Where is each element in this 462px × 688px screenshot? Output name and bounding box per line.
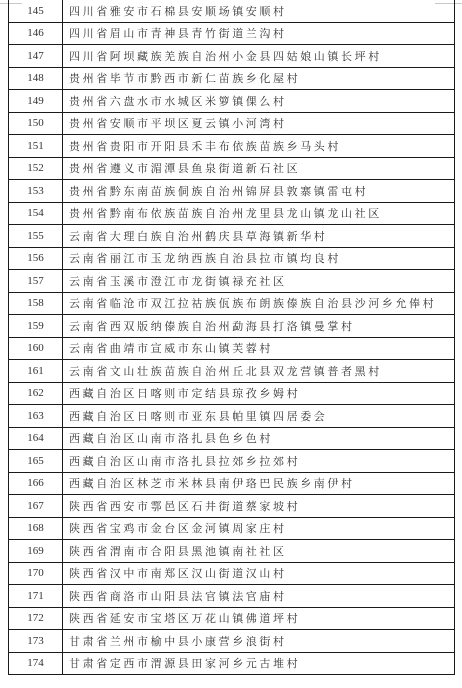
row-number-cell: 154 (9, 202, 63, 225)
village-name-cell: 四川省雅安市石棉县安顺场镇安顺村 (63, 0, 455, 22)
row-number-cell: 158 (9, 292, 63, 315)
village-name-cell: 四川省阿坝藏族羌族自治州小金县四姑娘山镇长坪村 (63, 45, 455, 68)
table-row: 174 甘肃省定西市渭源县田家河乡元古堆村 (9, 652, 455, 675)
table-row: 170 陕西省汉中市南郑区汉山街道汉山村 (9, 562, 455, 585)
row-number-cell: 145 (9, 0, 63, 22)
row-number-cell: 170 (9, 562, 63, 585)
table-row: 164 西藏自治区山南市洛扎县色乡色村 (9, 427, 455, 450)
table-row: 151 贵州省贵阳市开阳县禾丰布依族苗族乡马头村 (9, 135, 455, 158)
village-name-cell: 贵州省六盘水市水城区米箩镇倮么村 (63, 90, 455, 113)
row-number-cell: 149 (9, 90, 63, 113)
village-name-cell: 陕西省商洛市山阳县法官镇法官庙村 (63, 585, 455, 608)
row-number-cell: 157 (9, 270, 63, 293)
table-row: 157 云南省玉溪市澄江市龙街镇禄充社区 (9, 270, 455, 293)
row-number-cell: 152 (9, 157, 63, 180)
village-name-cell: 贵州省遵义市湄潭县鱼泉街道新石社区 (63, 157, 455, 180)
village-name-cell: 云南省大理白族自治州鹤庆县草海镇新华村 (63, 225, 455, 248)
village-name-cell: 陕西省汉中市南郑区汉山街道汉山村 (63, 562, 455, 585)
row-number-cell: 171 (9, 585, 63, 608)
village-name-cell: 云南省曲靖市宣威市东山镇芙蓉村 (63, 337, 455, 360)
village-name-cell: 四川省眉山市青神县青竹街道兰沟村 (63, 22, 455, 45)
village-name-cell: 甘肃省定西市渭源县田家河乡元古堆村 (63, 652, 455, 675)
row-number-cell: 164 (9, 427, 63, 450)
table-row: 161 云南省文山壮族苗族自治州丘北县双龙营镇普者黑村 (9, 360, 455, 383)
row-number-cell: 151 (9, 135, 63, 158)
table-row: 155 云南省大理白族自治州鹤庆县草海镇新华村 (9, 225, 455, 248)
table-row: 156 云南省丽江市玉龙纳西族自治县拉市镇均良村 (9, 247, 455, 270)
row-number-cell: 165 (9, 450, 63, 473)
village-name-cell: 云南省玉溪市澄江市龙街镇禄充社区 (63, 270, 455, 293)
village-name-cell: 西藏自治区山南市洛扎县拉郊乡拉郊村 (63, 450, 455, 473)
row-number-cell: 172 (9, 607, 63, 630)
row-number-cell: 153 (9, 180, 63, 203)
table-row: 168 陕西省宝鸡市金台区金河镇周家庄村 (9, 517, 455, 540)
row-number-cell: 169 (9, 540, 63, 563)
village-name-cell: 西藏自治区日喀则市定结县琼孜乡姆村 (63, 382, 455, 405)
village-name-cell: 贵州省黔东南苗族侗族自治州锦屏县敦寨镇雷屯村 (63, 180, 455, 203)
row-number-cell: 159 (9, 315, 63, 338)
table-row: 145 四川省雅安市石棉县安顺场镇安顺村 (9, 0, 455, 22)
village-name-cell: 甘肃省兰州市榆中县小康营乡浪街村 (63, 630, 455, 653)
village-name-cell: 贵州省黔南布依族苗族自治州龙里县龙山镇龙山社区 (63, 202, 455, 225)
village-name-cell: 贵州省安顺市平坝区夏云镇小河湾村 (63, 112, 455, 135)
row-number-cell: 173 (9, 630, 63, 653)
row-number-cell: 147 (9, 45, 63, 68)
village-list-table: 145 四川省雅安市石棉县安顺场镇安顺村 146 四川省眉山市青神县青竹街道兰沟… (8, 0, 455, 675)
table-row: 152 贵州省遵义市湄潭县鱼泉街道新石社区 (9, 157, 455, 180)
row-number-cell: 146 (9, 22, 63, 45)
village-name-cell: 贵州省贵阳市开阳县禾丰布依族苗族乡马头村 (63, 135, 455, 158)
table-row: 146 四川省眉山市青神县青竹街道兰沟村 (9, 22, 455, 45)
table-row: 154 贵州省黔南布依族苗族自治州龙里县龙山镇龙山社区 (9, 202, 455, 225)
table-row: 150 贵州省安顺市平坝区夏云镇小河湾村 (9, 112, 455, 135)
village-name-cell: 陕西省西安市鄠邑区石井街道蔡家坡村 (63, 495, 455, 518)
village-name-cell: 西藏自治区山南市洛扎县色乡色村 (63, 427, 455, 450)
row-number-cell: 166 (9, 472, 63, 495)
table-row: 167 陕西省西安市鄠邑区石井街道蔡家坡村 (9, 495, 455, 518)
row-number-cell: 156 (9, 247, 63, 270)
table-body: 145 四川省雅安市石棉县安顺场镇安顺村 146 四川省眉山市青神县青竹街道兰沟… (9, 0, 455, 675)
table-row: 148 贵州省毕节市黔西市新仁苗族乡化屋村 (9, 67, 455, 90)
row-number-cell: 163 (9, 405, 63, 428)
village-name-cell: 贵州省毕节市黔西市新仁苗族乡化屋村 (63, 67, 455, 90)
village-name-cell: 云南省临沧市双江拉祜族佤族布朗族傣族自治县沙河乡允俸村 (63, 292, 455, 315)
table-row: 160 云南省曲靖市宣威市东山镇芙蓉村 (9, 337, 455, 360)
row-number-cell: 161 (9, 360, 63, 383)
row-number-cell: 155 (9, 225, 63, 248)
village-name-cell: 云南省文山壮族苗族自治州丘北县双龙营镇普者黑村 (63, 360, 455, 383)
table-row: 163 西藏自治区日喀则市亚东县帕里镇四居委会 (9, 405, 455, 428)
table-row: 159 云南省西双版纳傣族自治州勐海县打洛镇曼掌村 (9, 315, 455, 338)
table-row: 169 陕西省渭南市合阳县黑池镇南社社区 (9, 540, 455, 563)
village-name-cell: 西藏自治区林芝市米林县南伊珞巴民族乡南伊村 (63, 472, 455, 495)
table-row: 165 西藏自治区山南市洛扎县拉郊乡拉郊村 (9, 450, 455, 473)
row-number-cell: 168 (9, 517, 63, 540)
village-name-cell: 陕西省宝鸡市金台区金河镇周家庄村 (63, 517, 455, 540)
table-row: 149 贵州省六盘水市水城区米箩镇倮么村 (9, 90, 455, 113)
table-row: 158 云南省临沧市双江拉祜族佤族布朗族傣族自治县沙河乡允俸村 (9, 292, 455, 315)
row-number-cell: 167 (9, 495, 63, 518)
village-name-cell: 云南省丽江市玉龙纳西族自治县拉市镇均良村 (63, 247, 455, 270)
row-number-cell: 148 (9, 67, 63, 90)
table-row: 173 甘肃省兰州市榆中县小康营乡浪街村 (9, 630, 455, 653)
table-row: 162 西藏自治区日喀则市定结县琼孜乡姆村 (9, 382, 455, 405)
table-row: 171 陕西省商洛市山阳县法官镇法官庙村 (9, 585, 455, 608)
row-number-cell: 160 (9, 337, 63, 360)
table-row: 153 贵州省黔东南苗族侗族自治州锦屏县敦寨镇雷屯村 (9, 180, 455, 203)
village-name-cell: 云南省西双版纳傣族自治州勐海县打洛镇曼掌村 (63, 315, 455, 338)
table-row: 147 四川省阿坝藏族羌族自治州小金县四姑娘山镇长坪村 (9, 45, 455, 68)
table-row: 172 陕西省延安市宝塔区万花山镇佛道坪村 (9, 607, 455, 630)
village-name-cell: 陕西省延安市宝塔区万花山镇佛道坪村 (63, 607, 455, 630)
row-number-cell: 162 (9, 382, 63, 405)
row-number-cell: 174 (9, 652, 63, 675)
row-number-cell: 150 (9, 112, 63, 135)
village-name-cell: 西藏自治区日喀则市亚东县帕里镇四居委会 (63, 405, 455, 428)
table-row: 166 西藏自治区林芝市米林县南伊珞巴民族乡南伊村 (9, 472, 455, 495)
village-name-cell: 陕西省渭南市合阳县黑池镇南社社区 (63, 540, 455, 563)
